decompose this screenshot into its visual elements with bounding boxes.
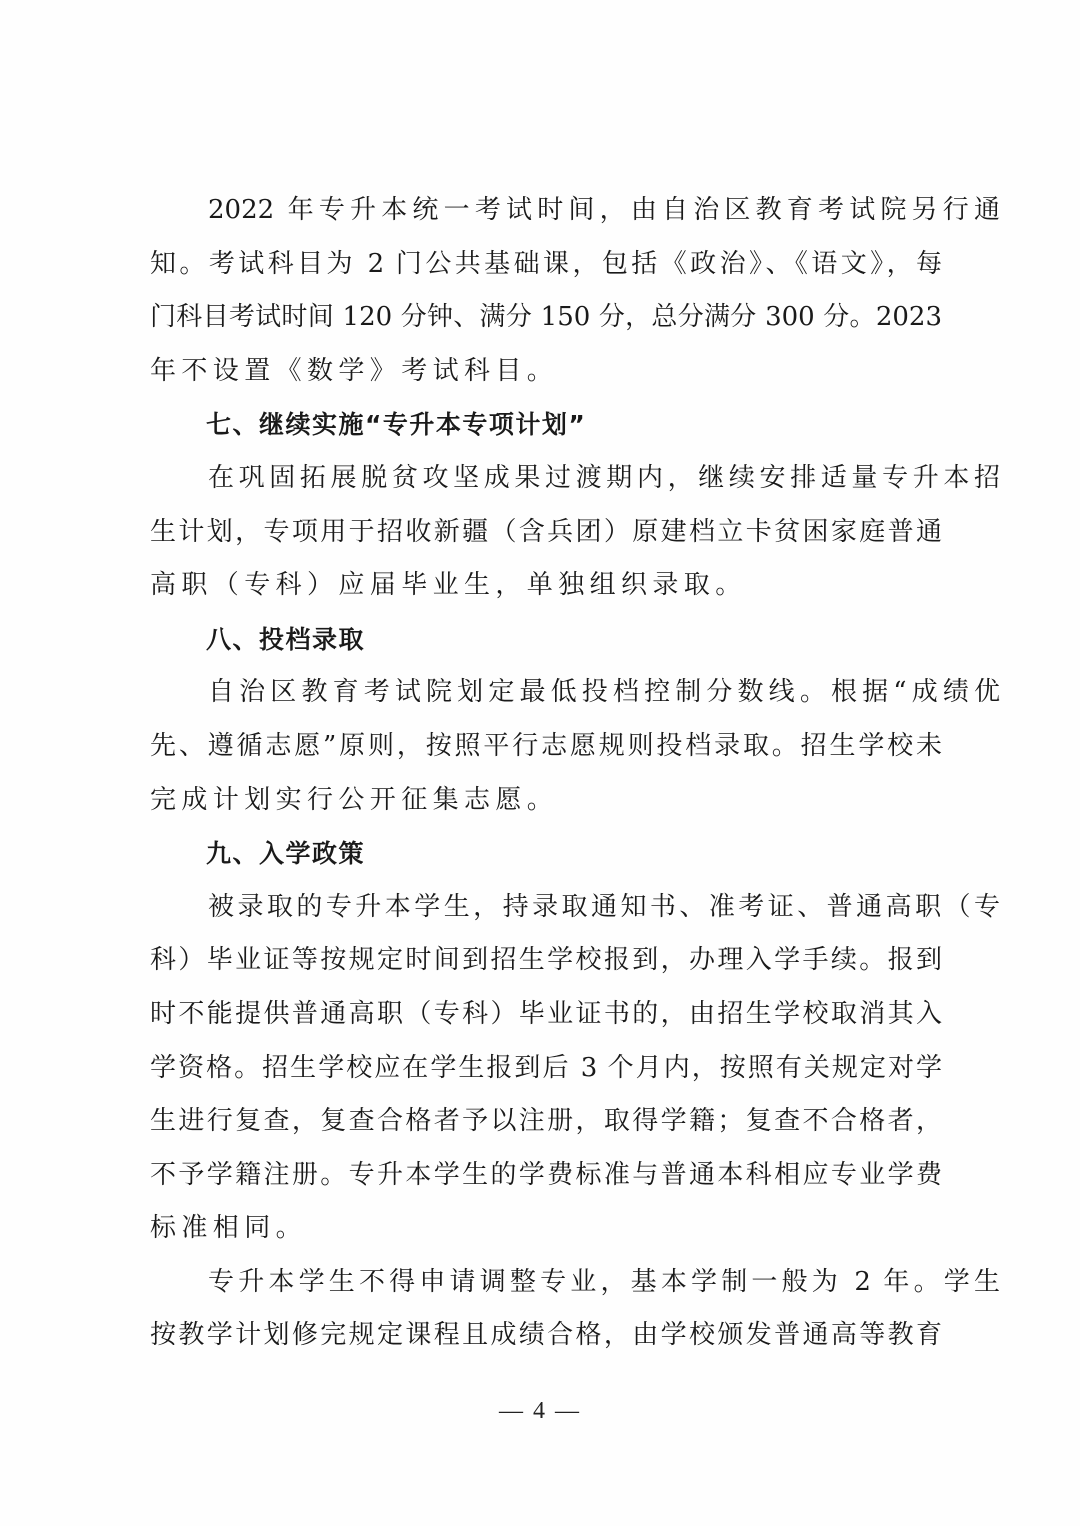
text-line: 科）毕业证等按规定时间到招生学校报到，办理入学手续。报到: [150, 934, 942, 988]
text-line: 2022 年专升本统一考试时间，由自治区教育考试院另行通: [150, 184, 1000, 238]
section-heading-7: 七、继续实施“专升本专项计划”: [150, 398, 942, 452]
page-number: — 4 —: [0, 1398, 1080, 1425]
text-line: 生进行复查，复查合格者予以注册，取得学籍；复查不合格者，: [150, 1095, 942, 1149]
text-line: 完成计划实行公开征集志愿。: [150, 774, 942, 828]
document-body: 2022 年专升本统一考试时间，由自治区教育考试院另行通 知。考试科目为 2 门…: [150, 184, 942, 1363]
text-line: 知。考试科目为 2 门公共基础课，包括《政治》、《语文》，每: [150, 238, 942, 292]
text-line: 在巩固拓展脱贫攻坚成果过渡期内，继续安排适量专升本招: [150, 452, 1000, 506]
text-line: 高职（专科）应届毕业生，单独组织录取。: [150, 559, 942, 613]
section-heading-9: 九、入学政策: [150, 827, 942, 881]
text-line: 按教学计划修完规定课程且成绩合格，由学校颁发普通高等教育: [150, 1309, 942, 1363]
paragraph-study-duration: 专升本学生不得申请调整专业，基本学制一般为 2 年。学生 按教学计划修完规定课程…: [150, 1256, 942, 1363]
text-line: 学资格。招生学校应在学生报到后 3 个月内，按照有关规定对学: [150, 1042, 942, 1096]
text-line: 自治区教育考试院划定最低投档控制分数线。根据“成绩优: [150, 666, 1000, 720]
text-line: 先、遵循志愿”原则，按照平行志愿规则投档录取。招生学校未: [150, 720, 942, 774]
text-line: 时不能提供普通高职（专科）毕业证书的，由招生学校取消其入: [150, 988, 942, 1042]
document-page: 2022 年专升本统一考试时间，由自治区教育考试院另行通 知。考试科目为 2 门…: [0, 0, 1080, 1526]
text-line: 生计划，专项用于招收新疆（含兵团）原建档立卡贫困家庭普通: [150, 506, 942, 560]
text-line: 专升本学生不得申请调整专业，基本学制一般为 2 年。学生: [150, 1256, 1000, 1310]
text-line: 门科目考试时间 120 分钟、满分 150 分，总分满分 300 分。2023: [150, 291, 942, 345]
text-line: 被录取的专升本学生，持录取通知书、准考证、普通高职（专: [150, 881, 1000, 935]
text-line: 标准相同。: [150, 1202, 942, 1256]
section-heading-8: 八、投档录取: [150, 613, 942, 667]
paragraph-enrollment-policy: 被录取的专升本学生，持录取通知书、准考证、普通高职（专 科）毕业证等按规定时间到…: [150, 881, 942, 1256]
paragraph-exam-schedule: 2022 年专升本统一考试时间，由自治区教育考试院另行通 知。考试科目为 2 门…: [150, 184, 942, 398]
paragraph-admission: 自治区教育考试院划定最低投档控制分数线。根据“成绩优 先、遵循志愿”原则，按照平…: [150, 666, 942, 827]
paragraph-special-plan: 在巩固拓展脱贫攻坚成果过渡期内，继续安排适量专升本招 生计划，专项用于招收新疆（…: [150, 452, 942, 613]
text-line: 不予学籍注册。专升本学生的学费标准与普通本科相应专业学费: [150, 1149, 942, 1203]
text-line: 年不设置《数学》考试科目。: [150, 345, 942, 399]
